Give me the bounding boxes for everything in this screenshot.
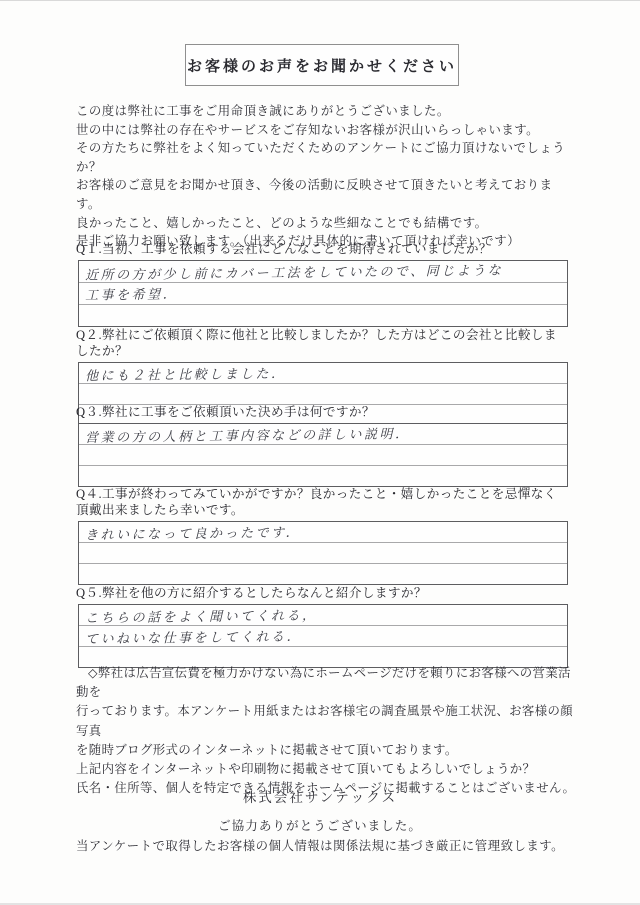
question-label-q2: Q２.弊社にご依頼頂く際に他社と比較しましたか？した方はどこの会社と比較しました… <box>76 327 568 359</box>
answer-box-q4: きれいになって良かったです． <box>78 521 568 585</box>
answer-row <box>79 445 567 466</box>
notice-line: を随時ブログ形式のインターネットに掲載させて頂いております。 <box>76 741 576 760</box>
question-label-q1: Q１.当初、工事を依頼する会社にどんなことを期待されていましたか？ <box>76 241 568 257</box>
intro-line: 世の中には弊社の存在やサービスをご存知ないお客様が沢山いらっしゃいます。 <box>76 121 572 140</box>
handwritten-answer: 近所の方が少し前にカバー工法をしていたので、同じような <box>85 259 503 283</box>
answer-row <box>79 543 567 564</box>
answer-row: ていねいな仕事をしてくれる． <box>79 626 567 647</box>
answer-box-q5: こちらの話をよく聞いてくれる， ていねいな仕事をしてくれる． <box>78 604 568 668</box>
privacy-line: 当アンケートで取得したお客様の個人情報は関係法規に基づき厳正に管理致します。 <box>0 836 640 854</box>
intro-line: この度は弊社に工事をご用命頂き誠にありがとうございました。 <box>76 102 572 121</box>
title-box: お客様のお声をお聞かせください <box>185 44 459 86</box>
answer-row: 工事を希望． <box>79 283 567 305</box>
question-label-q5: Q５.弊社を他の方に紹介するとしたらなんと紹介しますか？ <box>76 585 568 601</box>
handwritten-answer: 他にも２社と比較しました． <box>85 363 287 384</box>
answer-row <box>79 305 567 326</box>
company-name: 株式会社サンテックス <box>0 786 640 806</box>
handwritten-answer: 工事を希望． <box>85 283 178 303</box>
intro-line: お客様のご意見をお聞かせ頂き、今後の活動に反映させて頂きたいと考えております。 <box>76 176 572 213</box>
answer-row: 営業の方の人柄と工事内容などの詳しい説明． <box>79 424 567 445</box>
question-block-q3: Q３.弊社に工事をご依頼頂いた決め手は何ですか？ 営業の方の人柄と工事内容などの… <box>76 404 568 487</box>
notice-line: 行っております。本アンケート用紙またはお客様宅の調査風景や施工状況、お客様の顔写… <box>76 702 576 740</box>
intro-line: 良かったこと、嬉しかったこと、どのような些細なことでも結構です。 <box>76 214 572 233</box>
handwritten-answer: ていねいな仕事をしてくれる． <box>85 626 302 648</box>
page-title: お客様のお声をお聞かせください <box>187 55 457 76</box>
survey-sheet: お客様のお声をお聞かせください この度は弊社に工事をご用命頂き誠にありがとうござ… <box>0 0 640 905</box>
answer-row: きれいになって良かったです． <box>79 522 567 543</box>
intro-line: その方たちに弊社をよく知っていただくためのアンケートにご協力頂けないでしょうか？ <box>76 139 572 176</box>
intro-paragraph: この度は弊社に工事をご用命頂き誠にありがとうございました。 世の中には弊社の存在… <box>76 102 572 251</box>
thanks-line: ご協力ありがとうございました。 <box>0 815 640 834</box>
handwritten-answer: きれいになって良かったです． <box>85 522 301 544</box>
answer-box-q1: 近所の方が少し前にカバー工法をしていたので、同じような 工事を希望． <box>78 260 568 327</box>
question-label-q4: Q４.工事が終わってみていかがですか？良かったこと・嬉しかったことを忌憚なく頂戴… <box>76 486 568 518</box>
answer-row: 他にも２社と比較しました． <box>79 363 567 384</box>
answer-row <box>79 466 567 486</box>
notice-line: 上記内容をインターネットや印刷物に掲載させて頂いてもよろしいでしょうか？ <box>76 760 576 779</box>
answer-box-q3: 営業の方の人柄と工事内容などの詳しい説明． <box>78 423 568 487</box>
handwritten-answer: こちらの話をよく聞いてくれる， <box>85 605 318 627</box>
answer-row <box>79 564 567 584</box>
question-block-q1: Q１.当初、工事を依頼する会社にどんなことを期待されていましたか？ 近所の方が少… <box>76 241 568 327</box>
answer-row: こちらの話をよく聞いてくれる， <box>79 605 567 626</box>
answer-row <box>79 384 567 405</box>
question-block-q4: Q４.工事が終わってみていかがですか？良かったこと・嬉しかったことを忌憚なく頂戴… <box>76 486 568 585</box>
question-label-q3: Q３.弊社に工事をご依頼頂いた決め手は何ですか？ <box>76 404 568 420</box>
handwritten-answer: 営業の方の人柄と工事内容などの詳しい説明． <box>85 423 411 446</box>
footer-notice: ◇弊社は広告宣伝費を極力かけない為にホームページだけを頼りにお客様への営業活動を… <box>76 664 576 798</box>
question-block-q5: Q５.弊社を他の方に紹介するとしたらなんと紹介しますか？ こちらの話をよく聞いて… <box>76 585 568 668</box>
answer-row: 近所の方が少し前にカバー工法をしていたので、同じような <box>79 261 567 283</box>
notice-line: ◇弊社は広告宣伝費を極力かけない為にホームページだけを頼りにお客様への営業活動を <box>76 664 576 702</box>
